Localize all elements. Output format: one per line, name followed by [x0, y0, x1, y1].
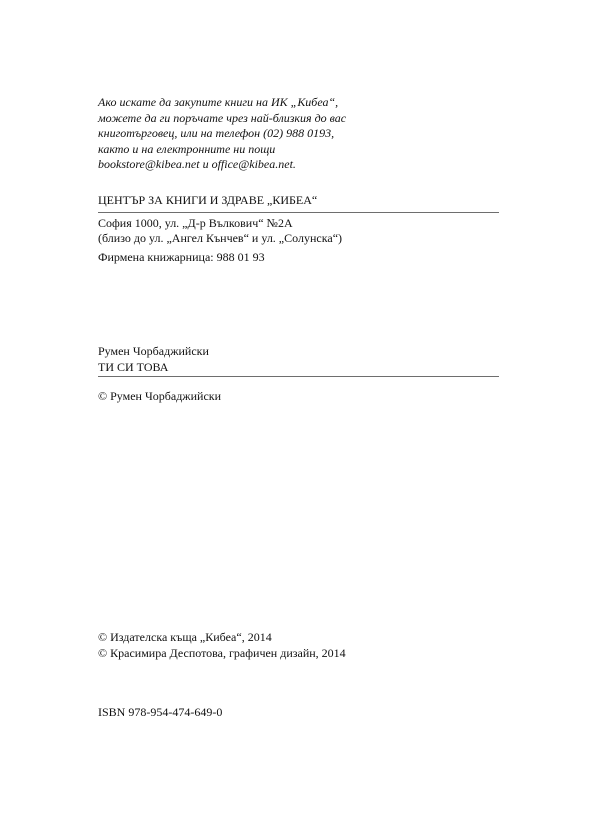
author-copyright-block: © Румен Чорбаджийски: [98, 389, 499, 405]
purchase-info-line: книготърговец, или на телефон (02) 988 0…: [98, 126, 499, 142]
purchase-info-line: както и на електронните ни пощи: [98, 142, 499, 158]
center-address: София 1000, ул. „Д-р Вълкович“ №2А (близ…: [98, 216, 499, 247]
address-line: (близо до ул. „Ангел Кънчев“ и ул. „Солу…: [98, 231, 499, 247]
address-line: София 1000, ул. „Д-р Вълкович“ №2А: [98, 216, 499, 232]
divider-rule: [98, 212, 499, 213]
shop-phone-block: Фирмена книжарница: 988 01 93: [98, 250, 499, 266]
isbn-block: ISBN 978-954-474-649-0: [98, 705, 499, 721]
copyright-line: © Издателска къща „Кибеа“, 2014: [98, 630, 499, 646]
author-copyright: © Румен Чорбаджийски: [98, 389, 499, 405]
publisher-center: ЦЕНТЪР ЗА КНИГИ И ЗДРАВЕ „КИБЕА“ София 1…: [98, 193, 499, 247]
divider-rule: [98, 376, 499, 377]
isbn: ISBN 978-954-474-649-0: [98, 705, 499, 721]
purchase-info: Ако искате да закупите книги на ИК „Кибе…: [98, 95, 499, 173]
center-heading: ЦЕНТЪР ЗА КНИГИ И ЗДРАВЕ „КИБЕА“: [98, 193, 499, 209]
purchase-info-line: bookstore@kibea.net и office@kibea.net.: [98, 157, 499, 173]
copyright-notices: © Издателска къща „Кибеа“, 2014 © Красим…: [98, 630, 499, 661]
copyright-line: © Красимира Деспотова, графичен дизайн, …: [98, 646, 499, 662]
purchase-info-line: Ако искате да закупите книги на ИК „Кибе…: [98, 95, 499, 111]
book-info: Румен Чорбаджийски ТИ СИ ТОВА: [98, 344, 499, 377]
shop-phone: Фирмена книжарница: 988 01 93: [98, 250, 499, 266]
purchase-info-line: можете да ги поръчате чрез най-близкия д…: [98, 111, 499, 127]
book-author: Румен Чорбаджийски: [98, 344, 499, 360]
book-title: ТИ СИ ТОВА: [98, 360, 499, 376]
